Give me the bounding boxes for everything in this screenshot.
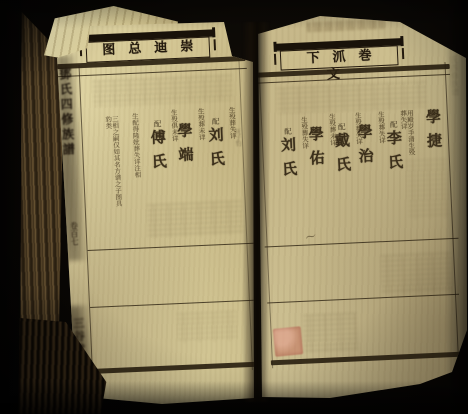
genealogy-note-column: 生配得隆妣葬失详注相 [128, 113, 142, 205]
spouse-prefix: 配 [283, 127, 292, 137]
red-seal [273, 326, 304, 357]
person-name: 李氏 [385, 130, 405, 179]
column-annotation: 生殁葬未详 [197, 108, 206, 154]
person-name: 學佑 [306, 126, 326, 175]
show-through-smudge [406, 158, 449, 220]
faint-stamp [307, 19, 385, 33]
name-column: 生殁俱未详 配傅氏 [146, 109, 174, 210]
show-through-smudge [380, 252, 452, 295]
rule-line [265, 238, 459, 248]
rule-line [90, 300, 256, 309]
spouse-prefix: 配 [153, 120, 162, 130]
spouse-prefix: 配 [389, 120, 398, 130]
spine-volume-label: 卷百七 [68, 221, 81, 261]
genealogy-note-column: 三相之嗣仅如其名方谱之子图具豹类 [94, 116, 122, 209]
gutter-shadow [242, 22, 270, 402]
show-through-smudge [92, 75, 233, 107]
column-annotation: 生殁葬失详 [377, 111, 386, 157]
person-name: 傅氏 [148, 129, 168, 178]
spouse-prefix: 配 [211, 117, 220, 127]
edge-spine-title: 氏四修族谱 [448, 55, 463, 147]
column-annotation: 生殁葬失详 [354, 112, 363, 158]
bottom-border-line [87, 362, 260, 374]
photo-backdrop: 图总迪崇 鄧氏四修族譜 卷百七 三谷堂 生殁葬失详 配刘氏 生殁葬未详 學端 [0, 0, 468, 414]
rule-line [88, 243, 254, 252]
right-page: 下沠巻文 氏四修族谱 學捷 用殿岁手清生殁葬失详 配李氏 生殁葬失详 學治 [258, 12, 468, 404]
person-name: 刘氏 [206, 126, 226, 175]
column-annotation: 生殁葬失详 [300, 116, 309, 162]
rule-line [267, 294, 459, 304]
left-tab-title: 图总迪崇 [87, 38, 210, 60]
name-column: 生殁葬失详 配刘氏 [276, 117, 305, 218]
spouse-prefix: 配 [337, 123, 346, 133]
show-through-smudge [147, 200, 243, 238]
person-name: 學捷 [424, 108, 444, 157]
column-annotation: 生殁俱未详 [170, 109, 179, 155]
show-through-smudge [303, 312, 359, 352]
show-through-smudge [176, 311, 237, 344]
name-column: 生殁葬失详 配刘氏 [204, 107, 232, 208]
show-through-smudge [276, 81, 427, 114]
right-header-tab: 下沠巻文 [279, 38, 398, 70]
handwriting-mark: 〜 [303, 227, 319, 246]
column-annotation: 生殁葬未详 [328, 113, 337, 159]
person-name: 刘氏 [279, 136, 299, 185]
